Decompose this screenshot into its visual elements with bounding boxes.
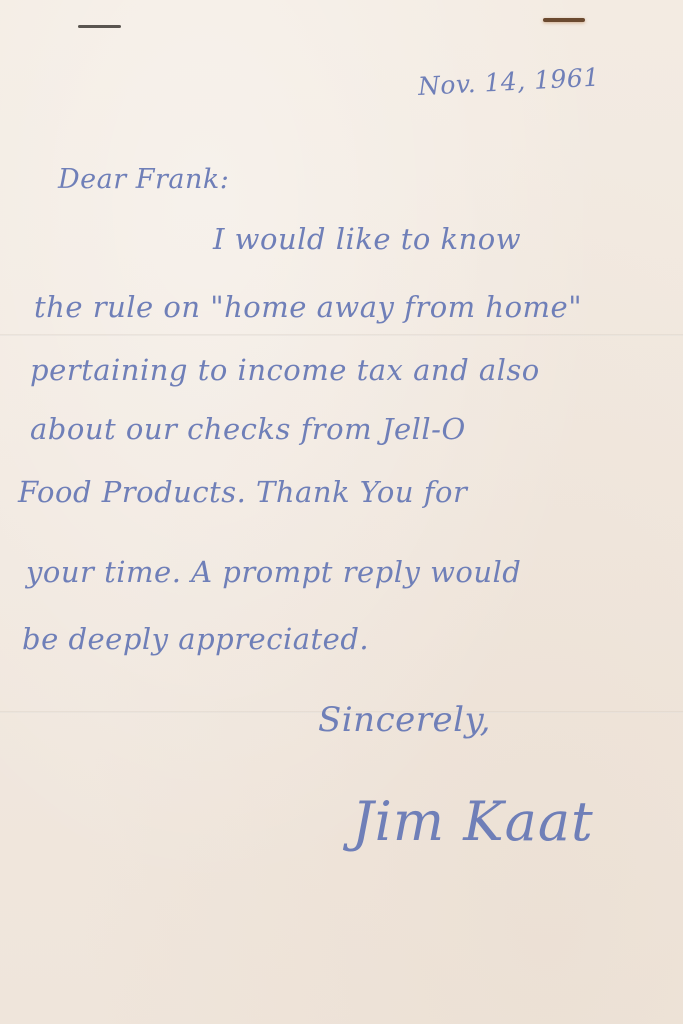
letter-body-line: I would like to know xyxy=(213,222,521,256)
letter-body-line: pertaining to income tax and also xyxy=(30,353,540,387)
letter-date: Nov. 14, 1961 xyxy=(417,63,600,101)
paper-fold-line xyxy=(0,334,683,336)
letter-body-line: Food Products. Thank You for xyxy=(18,475,467,509)
letter-body-line: your time. A prompt reply would xyxy=(26,555,521,589)
staple-mark-left xyxy=(78,25,121,28)
letter-closing: Sincerely, xyxy=(318,700,491,740)
staple-mark-right xyxy=(543,18,585,22)
letter-page: Nov. 14, 1961 Dear Frank: I would like t… xyxy=(0,0,683,1024)
letter-body-line: be deeply appreciated. xyxy=(22,622,369,656)
letter-body-line: about our checks from Jell-O xyxy=(30,412,466,446)
letter-signature: Jim Kaat xyxy=(352,790,594,853)
letter-salutation: Dear Frank: xyxy=(58,164,229,195)
letter-body-line: the rule on "home away from home" xyxy=(34,290,582,324)
